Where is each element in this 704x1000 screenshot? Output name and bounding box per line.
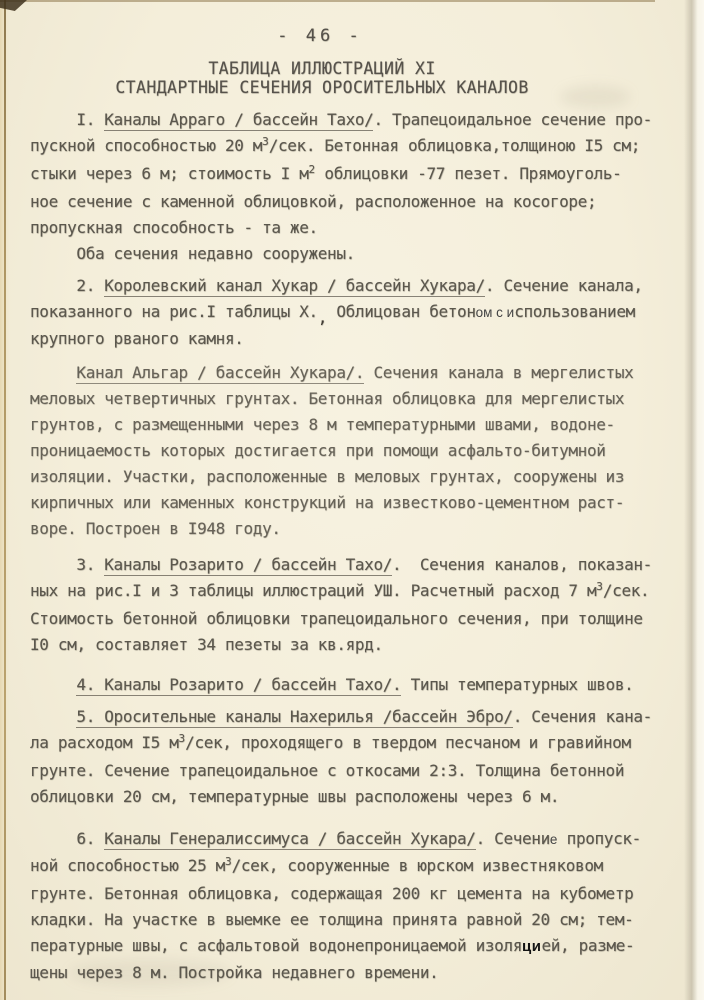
text-segment: пературные швы, с асфальтовой водонепрон… [30, 936, 522, 955]
page-top-edge-line [0, 0, 655, 2]
text-segment: 3. [30, 555, 104, 574]
text-segment: /сек. Бетонная облицовка,толщиною I5 см; [269, 136, 640, 155]
text-segment: меловых четвертичных грунтах. Бетонная о… [30, 389, 624, 408]
text-segment: проницаемость которых достигается при по… [30, 441, 606, 460]
para-6-generalissimus: 6. Каналы Генералиссимуса / бассейн Хука… [30, 826, 676, 986]
text-line: I0 см, составляет 34 пезеты за кв.ярд. [30, 632, 676, 658]
document-body: I. Каналы Арраго / бассейн Тахо/. Трапец… [30, 107, 676, 986]
text-segment: . Трапецоидальное сечение про- [373, 110, 652, 129]
text-segment: , [318, 308, 327, 327]
text-segment: грунте. Бетонная облицовка, содержащая 2… [30, 884, 633, 903]
text-segment: изоляции. Участки, расположенные в мелов… [30, 467, 624, 486]
text-line: стыки через 6 м; стоимость I м2 облицовк… [30, 161, 676, 189]
page-content: - 46 - ТАБЛИЦА ИЛЛЮСТРАЦИЙ XI СТАНДАРТНЫ… [0, 0, 704, 986]
text-segment: I0 см, составляет 34 пезеты за кв.ярд. [30, 635, 383, 654]
text-segment: Оба сечения недавно сооружены. [30, 244, 355, 263]
para-4-canals-rosarito: 4. Каналы Розарито / бассейн Тахо/. Типы… [30, 672, 676, 698]
text-line: показанного на рис.I таблицы X., Облицов… [30, 299, 676, 326]
text-segment: показанного на рис.I таблицы X. [30, 302, 318, 321]
underlined-heading-text: Королевский канал Хукар / бассейн Хукара… [104, 276, 485, 297]
text-segment: . Сечени [476, 829, 550, 848]
text-line: грунтов, с размещенными через 8 м темпер… [30, 412, 676, 438]
document-title-line2: СТАНДАРТНЫЕ СЕЧЕНИЯ ОРОСИТЕЛЬНЫХ КАНАЛОВ [30, 78, 614, 97]
text-line: 3. Каналы Розарито / бассейн Тахо/. Сече… [30, 552, 676, 578]
text-line: 2. Королевский канал Хукар / бассейн Хук… [30, 273, 676, 299]
text-segment: Стоимость бетонной облицовки трапецоидал… [30, 609, 643, 628]
text-segment: ей, разме- [541, 936, 634, 955]
text-segment: спользованием [514, 302, 635, 321]
underlined-heading-text: Канал Альгар / бассейн Хукара/. [76, 363, 364, 384]
para-2-royal-canal: 2. Королевский канал Хукар / бассейн Хук… [30, 273, 676, 352]
text-segment: грунте. Сечение трапецоидальное с откоса… [30, 761, 624, 780]
text-segment: Облицован бетон [327, 302, 476, 321]
text-segment: Сечения канала в мергелистых [364, 363, 633, 382]
underlined-heading-text: 5. Оросительные каналы Нахерилья /бассей… [76, 707, 512, 728]
text-line: грунте. Сечение трапецоидальное с откоса… [30, 758, 676, 784]
text-segment: ное сечение с каменной облицовкой, распо… [30, 192, 596, 211]
text-segment: грунтов, с размещенными через 8 м темпер… [30, 415, 615, 434]
para-canal-algar: Канал Альгар / бассейн Хукара/. Сечения … [30, 360, 676, 542]
text-line: ла расходом I5 м3/сек, проходящего в тве… [30, 730, 676, 758]
text-segment: пускной способностью 20 м [30, 136, 262, 155]
text-line: ное сечение с каменной облицовкой, распо… [30, 189, 676, 215]
text-line: 4. Каналы Розарито / бассейн Тахо/. Типы… [30, 672, 676, 698]
text-segment: . Сечения кана- [513, 707, 652, 726]
text-segment [30, 363, 76, 382]
scanned-document-page: - 46 - ТАБЛИЦА ИЛЛЮСТРАЦИЙ XI СТАНДАРТНЫ… [0, 0, 704, 1000]
text-segment: облицовки 20 см, температурные швы распо… [30, 787, 559, 806]
text-line: Канал Альгар / бассейн Хукара/. Сечения … [30, 360, 676, 386]
text-segment: ных на рис.I и 3 таблицы иллюстраций УШ.… [30, 581, 596, 600]
text-line: изоляции. Участки, расположенные в мелов… [30, 464, 676, 490]
text-line: облицовки 20 см, температурные швы распо… [30, 784, 676, 810]
underlined-heading-text: Каналы Генералиссимуса / бассейн Хукара/ [104, 829, 475, 850]
text-line: 6. Каналы Генералиссимуса / бассейн Хука… [30, 826, 676, 853]
text-line: меловых четвертичных грунтах. Бетонная о… [30, 386, 676, 412]
text-segment: ци [522, 938, 541, 955]
text-line: щены через 8 м. Постройка недавнего врем… [30, 960, 676, 986]
page-left-edge-line [4, 0, 6, 1000]
text-segment: /сек. [603, 581, 649, 600]
text-line: I. Каналы Арраго / бассейн Тахо/. Трапец… [30, 107, 676, 133]
document-title-line1: ТАБЛИЦА ИЛЛЮСТРАЦИЙ XI [30, 59, 614, 78]
page-right-edge-shadow [684, 0, 704, 1000]
text-segment: кирпичных или каменных конструкций на из… [30, 493, 624, 512]
underlined-heading-text: 4. Каналы Розарито / бассейн Тахо/. [76, 675, 401, 696]
text-segment: . Сечение канала, [485, 276, 643, 295]
text-segment: 3 [225, 855, 232, 868]
text-segment: 3 [179, 732, 186, 745]
text-line: 5. Оросительные каналы Нахерилья /бассей… [30, 704, 676, 730]
text-line: пературные швы, с асфальтовой водонепрон… [30, 933, 676, 960]
text-segment: пропускная способность - та же. [30, 218, 318, 237]
text-segment: 3 [596, 580, 603, 593]
text-segment: щены через 8 м. Постройка недавнего врем… [30, 963, 438, 982]
underlined-heading-text: Каналы Арраго / бассейн Тахо/ [104, 110, 373, 131]
text-line: кирпичных или каменных конструкций на из… [30, 490, 676, 516]
text-segment: 3 [262, 135, 269, 148]
text-line: Стоимость бетонной облицовки трапецоидал… [30, 606, 676, 632]
text-segment: стыки через 6 м; стоимость I м [30, 164, 309, 183]
text-line: пускной способностью 20 м3/сек. Бетонная… [30, 133, 676, 161]
text-segment: облицовки -77 пезет. Прямоуголь- [315, 164, 621, 183]
underlined-heading-text: Каналы Розарито / бассейн Тахо/ [104, 555, 392, 576]
text-segment: 6. [30, 829, 104, 848]
text-line: ной способностью 25 м3/сек, сооруженные … [30, 853, 676, 881]
text-segment: ом с и [476, 305, 515, 320]
text-segment [30, 707, 76, 726]
page-number: - 46 - [30, 26, 610, 46]
text-segment: кладки. На участке в выемке ее толщина п… [30, 910, 633, 929]
text-segment: ла расходом I5 м [30, 733, 179, 752]
text-segment: крупного рваного камня. [30, 329, 244, 348]
text-line: Оба сечения недавно сооружены. [30, 241, 676, 267]
para-3-canals-rosarito: 3. Каналы Розарито / бассейн Тахо/. Сече… [30, 552, 676, 658]
text-line: крупного рваного камня. [30, 326, 676, 352]
text-segment: 2 [309, 163, 316, 176]
text-segment: ной способностью 25 м [30, 856, 225, 875]
text-segment: /сек, проходящего в твердом песчаном и г… [185, 733, 631, 752]
para-1-canals-arrago: I. Каналы Арраго / бассейн Тахо/. Трапец… [30, 107, 676, 241]
text-line: грунте. Бетонная облицовка, содержащая 2… [30, 881, 676, 907]
text-line: кладки. На участке в выемке ее толщина п… [30, 907, 676, 933]
text-segment: /сек, сооруженные в юрском известняковом [232, 856, 603, 875]
para-5-najerilla: 5. Оросительные каналы Нахерилья /бассей… [30, 704, 676, 810]
para-both-sections: Оба сечения недавно сооружены. [30, 241, 676, 267]
text-segment: пропуск- [557, 829, 641, 848]
text-line: ных на рис.I и 3 таблицы иллюстраций УШ.… [30, 578, 676, 606]
text-segment: Типы температурных швов. [401, 675, 633, 694]
text-line: проницаемость которых достигается при по… [30, 438, 676, 464]
text-segment: . Сечения каналов, показан- [392, 555, 652, 574]
text-segment [30, 675, 76, 694]
text-line: пропускная способность - та же. [30, 215, 676, 241]
text-segment: 2. [30, 276, 104, 295]
text-segment: воре. Построен в I948 году. [30, 519, 281, 538]
text-line: воре. Построен в I948 году. [30, 516, 676, 542]
text-segment: I. [30, 110, 104, 129]
